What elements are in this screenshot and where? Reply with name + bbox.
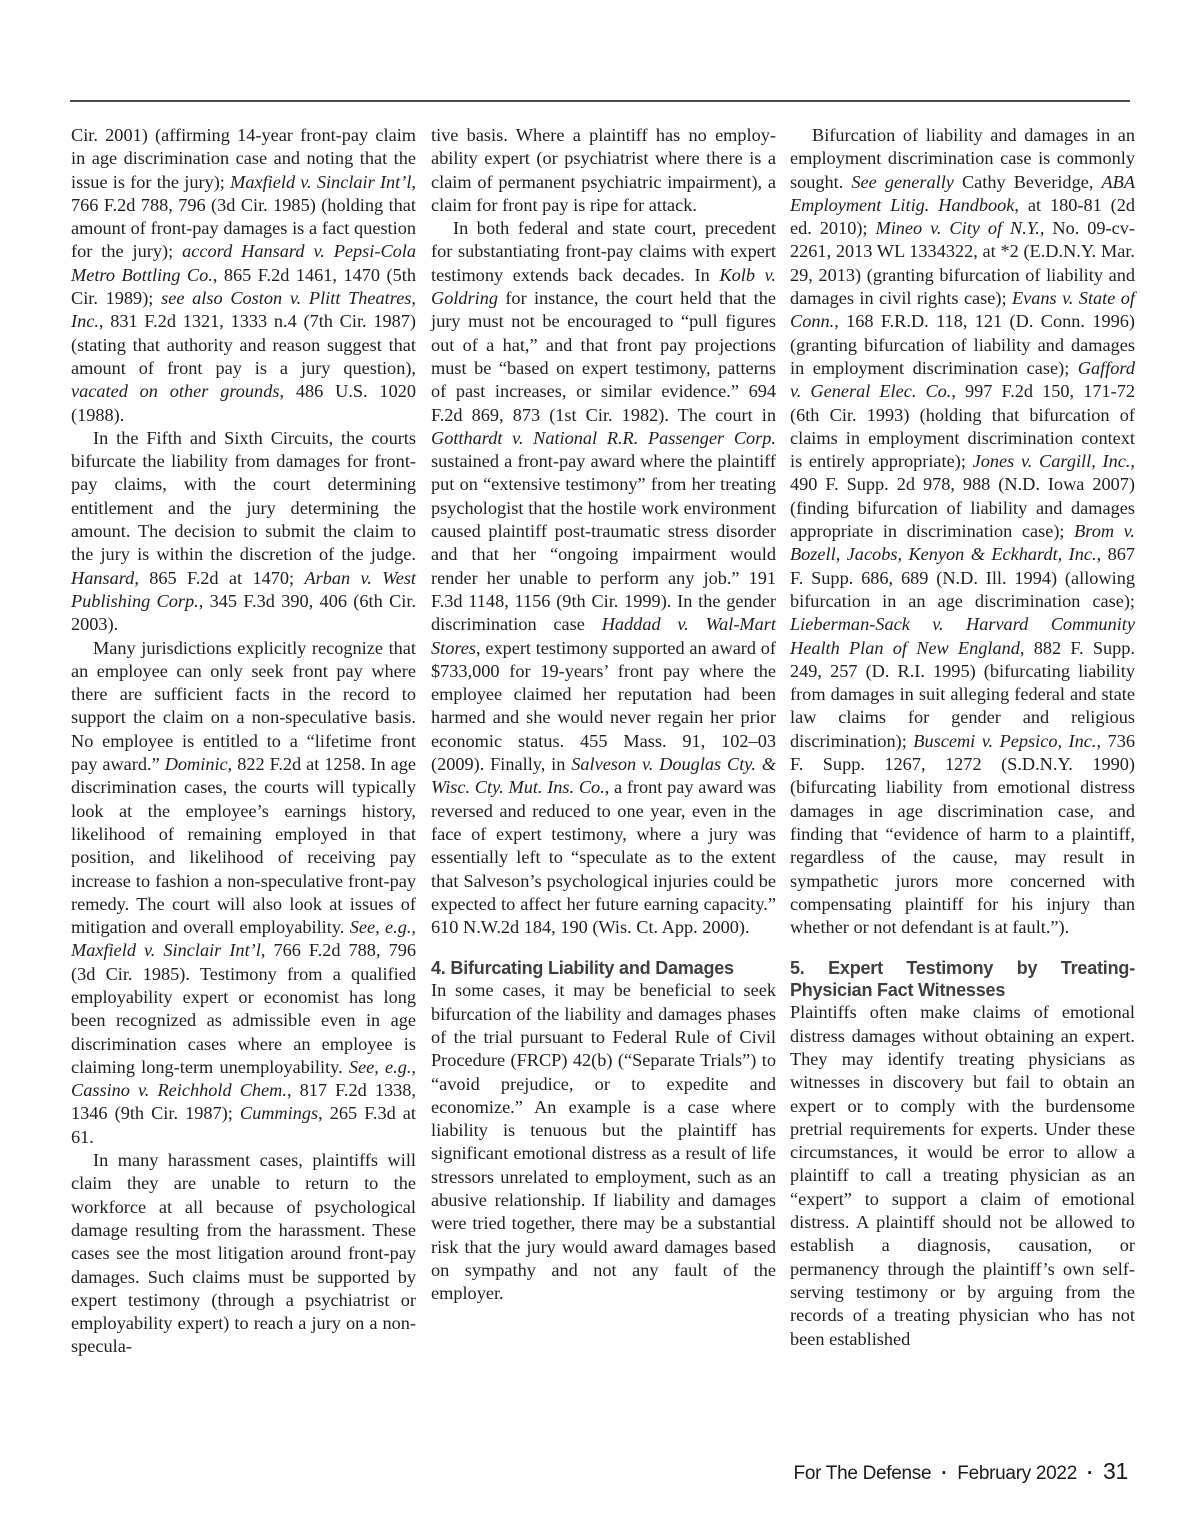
- citation-italic: vacated on other grounds: [71, 381, 279, 401]
- text-run: In the Fifth and Sixth Circuits, the cou…: [71, 428, 416, 564]
- text-run: Cathy Beveridge,: [954, 172, 1102, 192]
- text-run: , 736 F. Supp. 1267, 1272 (S.D.N.Y. 1990…: [790, 731, 1135, 937]
- column-1: Cir. 2001) (affirming 14-year front-pay …: [71, 124, 416, 1359]
- citation-italic: See generally: [851, 172, 953, 192]
- header-rule: [70, 100, 1130, 102]
- issue-date: February 2022: [957, 1463, 1077, 1485]
- text-run: sustained a front-pay award where the pl…: [431, 451, 776, 634]
- citation-italic: Hansard: [71, 568, 134, 588]
- text-run: In some cases, it may be beneficial to s…: [431, 980, 776, 1303]
- page-footer: For The Defense · February 2022 · 31: [794, 1458, 1128, 1485]
- section-heading: 4. Bifurcating Liability and Damages: [431, 957, 776, 979]
- citation-italic: Gotthardt v. National R.R. Passenger Cor…: [431, 428, 776, 448]
- citation-italic: Mineo v. City of N.Y.: [875, 218, 1039, 238]
- section-heading: 5. Expert Testimony by Treating-Physicia…: [790, 957, 1135, 1001]
- body-paragraph: Bifurcation of liability and damages in …: [790, 124, 1135, 939]
- separator-dot: ·: [939, 1463, 949, 1485]
- citation-italic: Jones v. Cargill, Inc.: [973, 451, 1131, 471]
- text-run: Plaintiffs often make claims of emotiona…: [790, 1002, 1135, 1348]
- citation-italic: Buscemi v. Pepsico, Inc.: [913, 731, 1096, 751]
- publication-name: For The Defense: [794, 1463, 932, 1485]
- citation-italic: Maxfield v. Sinclair Int’l: [230, 172, 411, 192]
- body-paragraph: In many harassment cases, plaintiffs wil…: [71, 1149, 416, 1359]
- column-2: tive basis. Where a plaintiff has no emp…: [431, 124, 776, 1306]
- separator-dot: ·: [1085, 1463, 1095, 1485]
- citation-italic: Cummings: [240, 1103, 318, 1123]
- text-run: , 831 F.2d 1321, 1333 n.4 (7th Cir. 1987…: [71, 311, 416, 378]
- text-run: for instance, the court held that the ju…: [431, 288, 776, 424]
- body-paragraph: Many jurisdictions explicitly recog­nize…: [71, 637, 416, 1150]
- citation-italic: Dominic: [165, 754, 228, 774]
- body-paragraph: Cir. 2001) (affirming 14-year front-pay …: [71, 124, 416, 427]
- text-run: , 865 F.2d at 1470;: [134, 568, 304, 588]
- text-run: tive basis. Where a plaintiff has no emp…: [431, 125, 776, 215]
- text-run: , 822 F.2d at 1258. In age discriminatio…: [71, 754, 416, 937]
- body-paragraph: In both federal and state court, prece­d…: [431, 217, 776, 939]
- body-paragraph: tive basis. Where a plaintiff has no emp…: [431, 124, 776, 217]
- page-number: 31: [1103, 1458, 1128, 1485]
- body-paragraph: In the Fifth and Sixth Circuits, the cou…: [71, 427, 416, 637]
- column-3: Bifurcation of liability and damages in …: [790, 124, 1135, 1351]
- body-paragraph: Plaintiffs often make claims of emotiona…: [790, 1001, 1135, 1350]
- body-paragraph: In some cases, it may be beneficial to s…: [431, 979, 776, 1305]
- text-run: , a front pay award was reversed and red…: [431, 777, 776, 937]
- text-run: In many harassment cases, plaintiffs wil…: [71, 1150, 416, 1356]
